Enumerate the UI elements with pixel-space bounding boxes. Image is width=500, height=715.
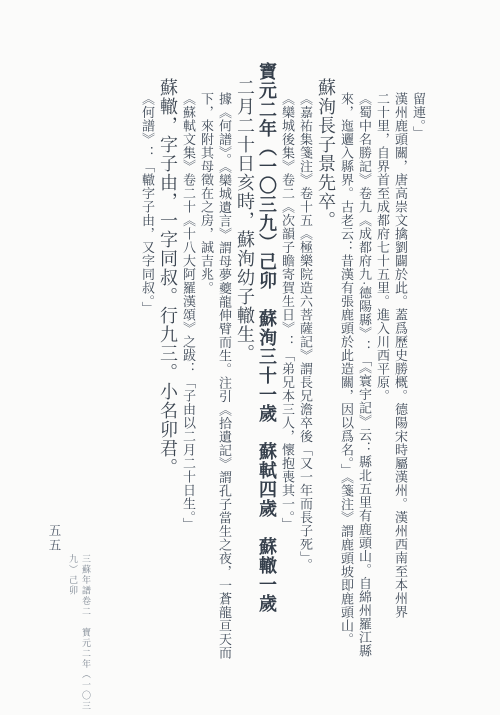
text-column-4: 《蜀中名勝記》卷九《成都府九·德陽縣》：「《寰宇記》云：縣北五里有鹿頭山。自綿州… bbox=[358, 62, 371, 666]
text-column-15: 《何譜》：「轍字子由，又字同叔。」 bbox=[141, 62, 154, 666]
text-column-3: 二十里，自界首至成都府七十五里。進入川西平原。 bbox=[376, 62, 389, 666]
text-column-9: 寶元二年（一〇三九）己卯 蘇洵三十一歲 蘇軾四歲 蘇轍一歲 bbox=[258, 62, 276, 666]
text-column-5: 來，迤邐入縣界。古老云：昔漢有張鹿頭於此造關，因以爲名。」《箋注》謂鹿頭坡即鹿頭… bbox=[340, 62, 353, 666]
text-column-13: 《蘇軾文集》卷二十《十八大阿羅漢頌》之跋：「子由以二月二十日生。」 bbox=[182, 62, 195, 666]
text-column-12: 下，來附其母徵在之房，誠吉兆。 bbox=[200, 62, 213, 666]
text-column-1: 留連。」 bbox=[412, 62, 425, 666]
text-column-10: 二月二十日亥時，蘇洵幼子轍生。 bbox=[236, 62, 254, 666]
text-column-14: 蘇轍，字子由，一字同叔。行九三。小名卯君。 bbox=[159, 62, 177, 666]
text-column-6: 蘇洵長子景先卒。 bbox=[317, 62, 335, 666]
text-block: 留連。」漢州鹿頭關，唐高崇文擒劉闢於此。蓋爲歷史勝概。德陽宋時屬漢州。漢州西南至… bbox=[136, 62, 430, 666]
text-column-7: 《嘉祐集箋注》卷十五《極樂院造六菩薩記》謂長兄澹卒後「又一年而長子死」。 bbox=[299, 62, 312, 666]
page-number: 五五 bbox=[45, 524, 63, 553]
text-column-2: 漢州鹿頭關，唐高崇文擒劉闢於此。蓋爲歷史勝概。德陽宋時屬漢州。漢州西南至本州界 bbox=[394, 62, 407, 666]
running-title: 三蘇年譜卷二 寶元二年（一〇三九）己卯 bbox=[67, 554, 93, 715]
text-column-8: 《欒城後集》卷二《次韻子瞻寄賀生日》：「弟兄本三人，懷抱喪其一。」 bbox=[281, 62, 294, 666]
text-column-11: 據《何譜》。《欒城遺言》謂母夢夔龍伸臂而生。注引《拾遺記》謂孔子當生之夜，一蒼龍… bbox=[218, 62, 231, 666]
